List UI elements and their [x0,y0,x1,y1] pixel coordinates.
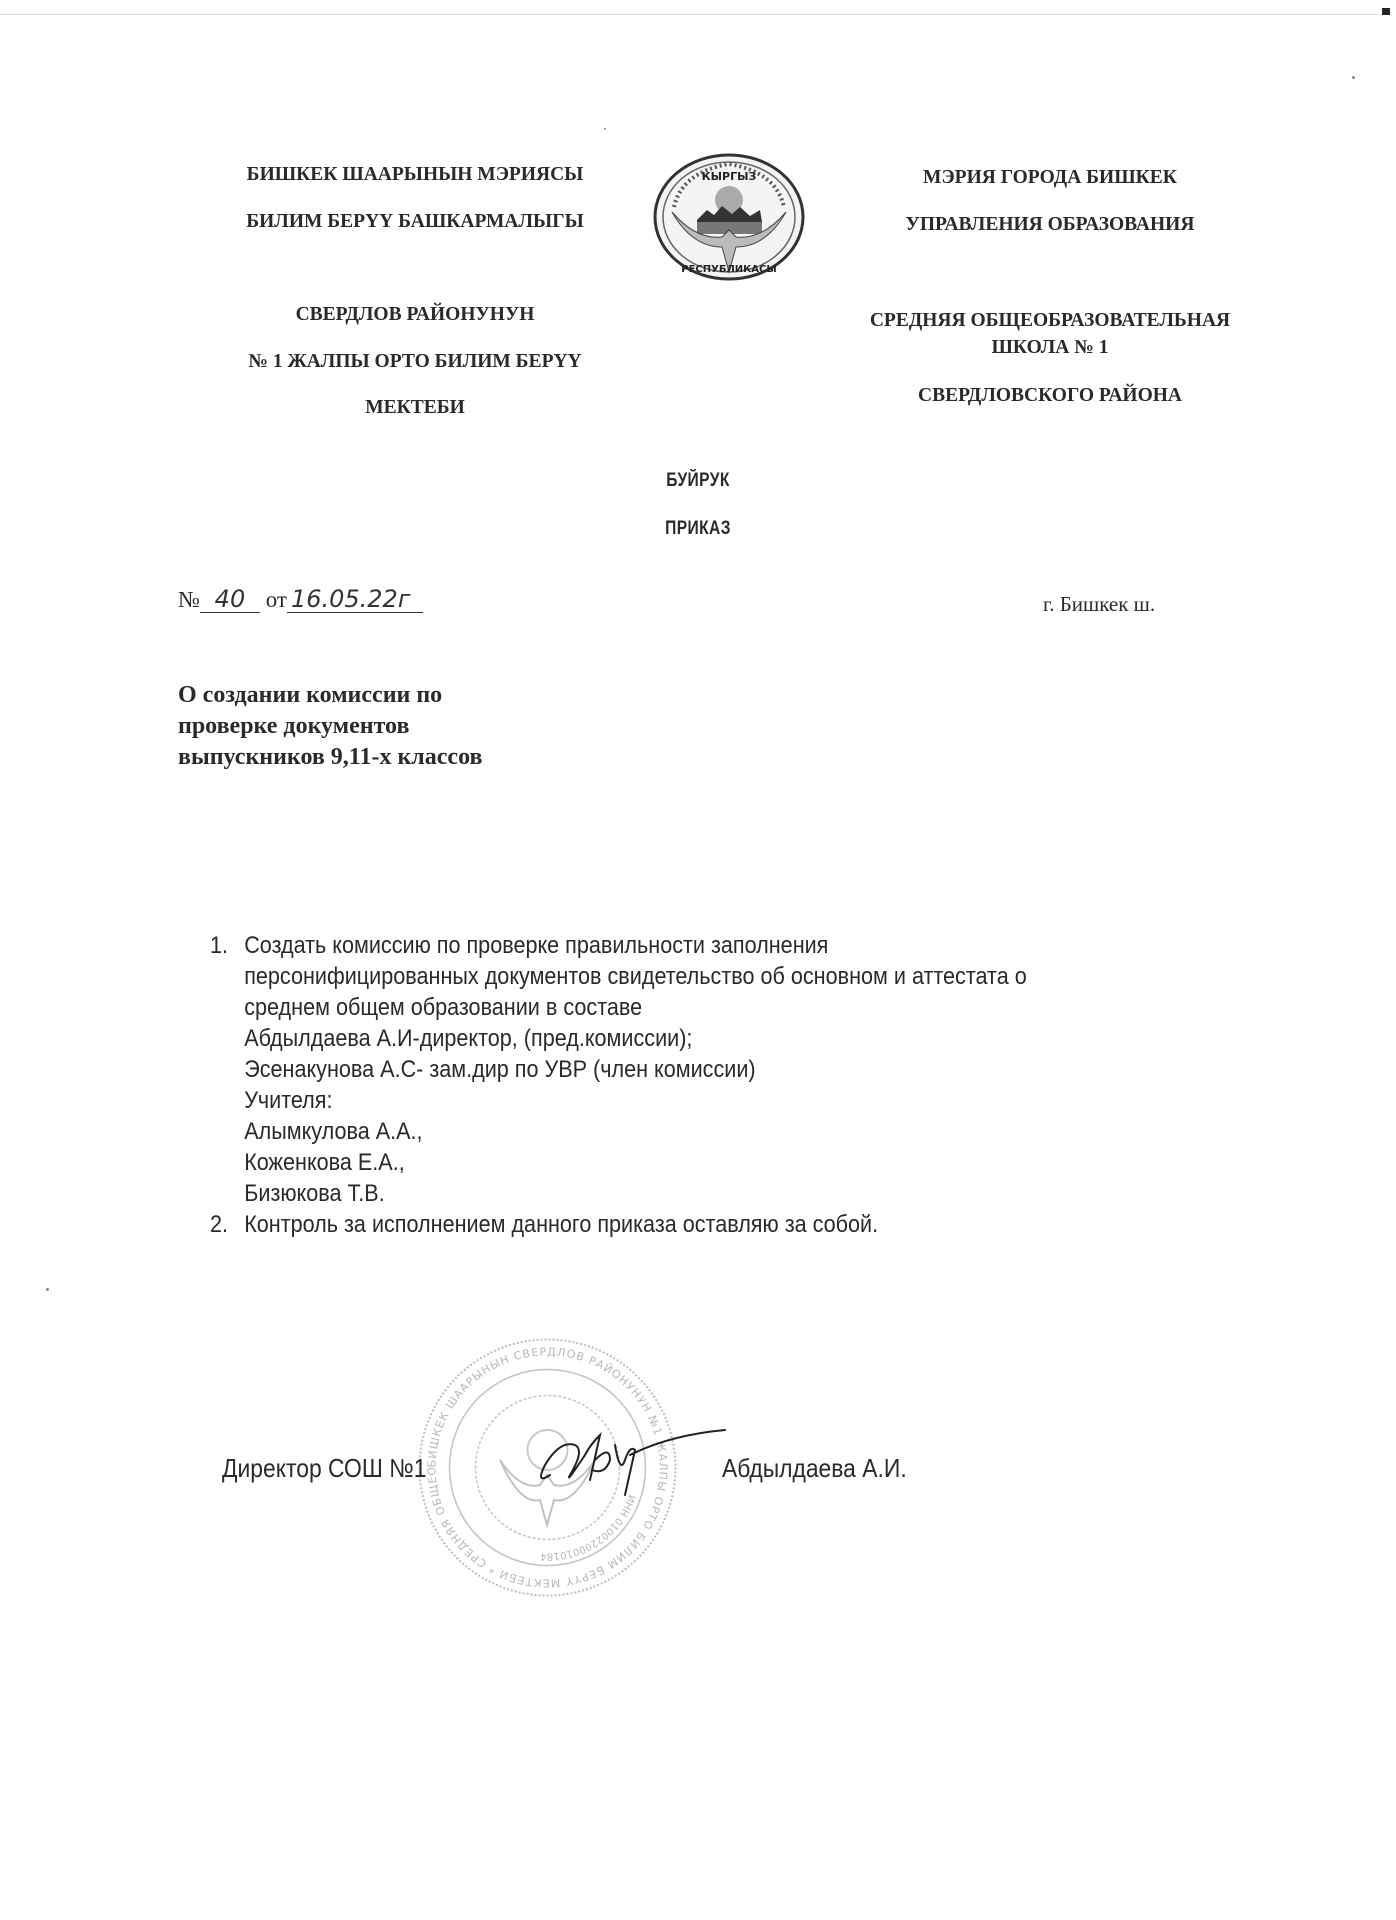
order-number: 40 [200,586,260,613]
header-right-line: СВЕРДЛОВСКОГО РАЙОНА [820,386,1280,406]
order-date: 16.05.22г [287,586,423,613]
number-label: № [178,587,200,612]
item-line: Коженкова Е.А., [244,1147,1027,1178]
item-line: Бизюкова Т.В. [244,1178,1027,1209]
header-right-line: МЭРИЯ ГОРОДА БИШКЕК [820,168,1280,188]
order-number-line: №40 от16.05.22г [178,586,423,613]
item-line: Эсенакунова А.С- зам.дир по УВР (член ко… [244,1054,1027,1085]
emblem-bottom-text: РЕСПУБЛИКАСЫ [681,264,777,275]
scan-speck [46,1288,49,1291]
signatory-position: Директор СОШ №1 [222,1453,426,1484]
document-title-kyrgyz: БУЙРУК [126,470,1271,492]
subject-line: проверке документов [178,711,482,742]
order-item: 1. Создать комиссию по проверке правильн… [210,930,1027,1209]
item-line: Алымкулова А.А., [244,1116,1027,1147]
header-left-line: БИШКЕК ШААРЫНЫН МЭРИЯСЫ [190,165,640,185]
city-label: г. Бишкек ш. [1043,592,1155,617]
header-left-line: СВЕРДЛОВ РАЙОНУНУН [190,305,640,325]
header-right-line: УПРАВЛЕНИЯ ОБРАЗОВАНИЯ [820,215,1280,235]
header-right-line: ШКОЛА № 1 [820,338,1280,358]
header-left-line: МЕКТЕБИ [190,398,640,418]
scan-corner-mark [1382,8,1390,15]
item-line: Учителя: [244,1085,1027,1116]
item-line: персонифицированных документов свидетель… [244,961,1027,992]
item-number: 2. [210,1209,244,1240]
item-line: среднем общем образовании в составе [244,992,1027,1023]
item-line: Абдылдаева А.И-директор, (пред.комиссии)… [244,1023,1027,1054]
scan-speck [1352,76,1355,79]
item-line: Создать комиссию по проверке правильност… [244,930,1027,961]
document-title-russian: ПРИКАЗ [126,518,1271,540]
order-subject: О создании комиссии по проверке документ… [178,680,482,773]
emblem-top-text: КЫРГЫЗ [702,170,757,183]
subject-line: О создании комиссии по [178,680,482,711]
header-right-line: СРЕДНЯЯ ОБЩЕОБРАЗОВАТЕЛЬНАЯ [820,311,1280,331]
scan-speck [604,128,606,130]
signatory-name: Абдылдаева А.И. [722,1453,907,1484]
subject-line: выпускников 9,11-х классов [178,742,482,773]
handwritten-signature-icon [530,1405,730,1505]
item-number: 1. [210,930,244,1209]
order-item: 2. Контроль за исполнением данного прика… [210,1209,1027,1240]
kyrgyz-state-emblem-icon: КЫРГЫЗ РЕСПУБЛИКАСЫ [652,152,806,282]
date-label: от [266,587,287,612]
scan-top-edge [0,14,1380,15]
item-line: Контроль за исполнением данного приказа … [244,1209,878,1240]
header-left-line: № 1 ЖАЛПЫ ОРТО БИЛИМ БЕРҮҮ [190,352,640,372]
header-left-line: БИЛИМ БЕРҮҮ БАШКАРМАЛЫГЫ [190,212,640,232]
order-items: 1. Создать комиссию по проверке правильн… [210,930,1027,1240]
